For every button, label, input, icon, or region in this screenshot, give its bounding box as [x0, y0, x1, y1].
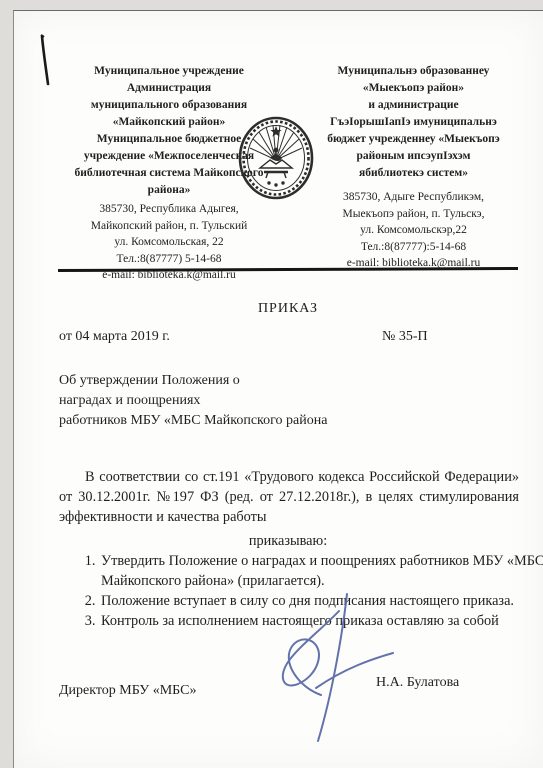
subject-line: работников МБУ «МБС Майкопского района — [59, 411, 399, 431]
address-left-line: 385730, Республика Адыгея, — [44, 201, 294, 218]
subject-line: наградах и поощрениях — [59, 391, 399, 411]
coat-of-arms-icon — [236, 114, 316, 202]
org-right-line: бюджет учрежденнеу «Мыекъопэ — [306, 131, 521, 148]
order-preamble: В соответствии со ст.191 «Трудового коде… — [59, 467, 519, 527]
order-subject: Об утверждении Положения о наградах и по… — [59, 371, 399, 431]
order-number: № 35-П — [382, 329, 428, 345]
address-right-line: Тел.:8(87777):5-14-68 — [306, 239, 521, 256]
address-left-line: Майкопский район, п. Тульский — [44, 218, 294, 235]
org-name-right: Муниципальнэ образованнеу «Мыекъопэ райо… — [306, 63, 521, 182]
org-right-line: «Мыекъопэ район» — [306, 80, 521, 97]
signer-position: Директор МБУ «МБС» — [59, 683, 196, 699]
org-left-line: Администрация — [44, 80, 294, 97]
org-right-line: Муниципальнэ образованнеу — [306, 63, 521, 80]
resolve-word: приказываю: — [59, 533, 517, 550]
address-left-line: Тел.:8(87777) 5-14-68 — [44, 251, 294, 268]
order-date: от 04 марта 2019 г. — [59, 329, 170, 345]
address-right: 385730, Адыге Республикэм, Мыекъопэ райо… — [306, 189, 521, 272]
signature-stroke — [250, 591, 408, 749]
subject-line: Об утверждении Положения о — [59, 371, 399, 391]
address-left-line: ул. Комсомольская, 22 — [44, 234, 294, 251]
org-left-line: Муниципальное учреждение — [44, 63, 294, 80]
org-right-line: ГъэIорышIапIэ имуниципальнэ — [306, 114, 521, 131]
org-right-line: и администрацие — [306, 97, 521, 114]
scanned-page: Муниципальное учреждение Администрация м… — [13, 10, 543, 768]
signer-name: Н.А. Булатова — [376, 675, 459, 691]
org-right-line: районым ипсэупIэхэм — [306, 148, 521, 165]
address-right-line: Мыекъопэ район, п. Тульскэ, — [306, 206, 521, 223]
address-right-line: 385730, Адыге Республикэм, — [306, 189, 521, 206]
document-scan: Муниципальное учреждение Администрация м… — [0, 0, 543, 768]
order-item: Утвердить Положение о наградах и поощрен… — [99, 551, 543, 591]
org-left-line: муниципального образования — [44, 97, 294, 114]
address-right-line: ул. Комсомольскэр,22 — [306, 222, 521, 239]
document-title: ПРИКАЗ — [59, 301, 517, 317]
org-right-line: ябиблиотекэ систем» — [306, 165, 521, 182]
